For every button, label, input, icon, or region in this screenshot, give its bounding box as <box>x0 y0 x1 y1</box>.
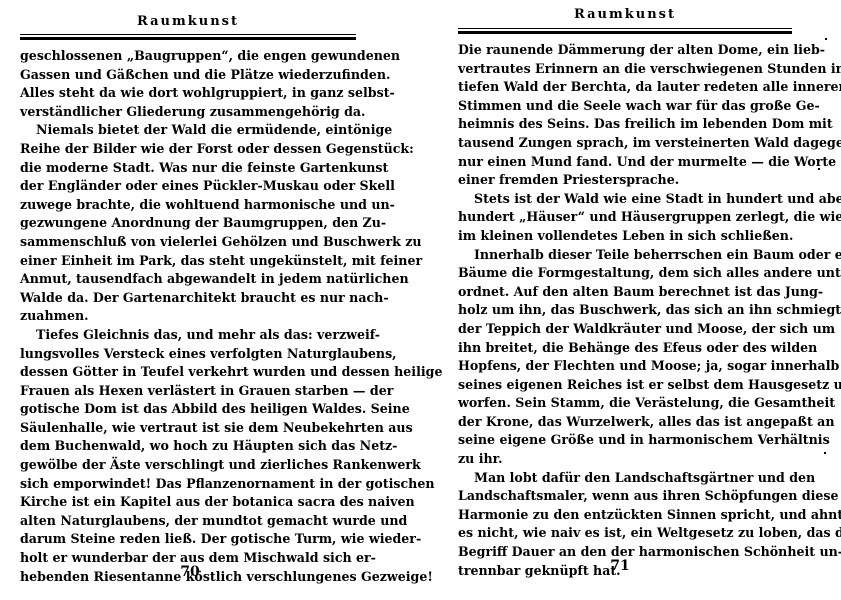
running-head: Raumkunst <box>458 7 792 23</box>
text-line: Anmut, tausendfach abgewandelt in jedem … <box>20 270 356 289</box>
text-line: Walde da. Der Gartenarchitekt braucht es… <box>20 289 356 308</box>
text-line: gezwungene Anordnung der Baumgruppen, de… <box>20 214 356 233</box>
text-line: worfen. Sein Stamm, die Verästelung, die… <box>458 394 794 413</box>
text-line: zu ihr. <box>458 450 794 469</box>
text-line: vertrautes Erinnern an die verschwiegene… <box>458 60 794 79</box>
text-line: heimnis des Seins. Das freilich im leben… <box>458 115 794 134</box>
text-line: Die raunende Dämmerung der alten Dome, e… <box>458 41 794 60</box>
scan-speck <box>818 168 820 170</box>
scan-speck <box>825 38 827 40</box>
text-line: einer Einheit im Park, das steht ungekün… <box>20 252 356 271</box>
text-line: alten Naturglaubens, der mundtot gemacht… <box>20 512 356 531</box>
text-line: der Teppich der Waldkräuter und Moose, d… <box>458 320 794 339</box>
text-line: die moderne Stadt. Was nur die feinste G… <box>20 159 356 178</box>
text-line: tiefen Wald der Berchta, da lauter redet… <box>458 78 794 97</box>
running-head: Raumkunst <box>20 14 356 30</box>
text-line: zuahmen. <box>20 307 356 326</box>
text-line: Tiefes Gleichnis das, und mehr als das: … <box>20 326 356 345</box>
text-line: verständlicher Gliederung zusammengehöri… <box>20 103 356 122</box>
text-line: der Engländer oder eines Pückler-Muskau … <box>20 177 356 196</box>
header-rule <box>20 34 356 40</box>
text-line: Reihe der Bilder wie der Forst oder dess… <box>20 140 356 159</box>
text-line: ordnet. Auf den alten Baum berechnet ist… <box>458 283 794 302</box>
text-line: Stimmen und die Seele wach war für das g… <box>458 97 794 116</box>
text-line: Kirche ist ein Kapitel aus der botanica … <box>20 493 356 512</box>
text-line: dem Buchenwald, wo hoch zu Häupten sich … <box>20 437 356 456</box>
text-line: Säulenhalle, wie vertraut ist sie dem Ne… <box>20 419 356 438</box>
text-line: im kleinen vollendetes Leben in sich sch… <box>458 227 794 246</box>
text-line: dessen Götter in Teufel verkehrt wurden … <box>20 363 356 382</box>
text-line: gewölbe der Äste verschlingt und zierlic… <box>20 456 356 475</box>
text-line: holz um ihn, das Buschwerk, das sich an … <box>458 301 794 320</box>
scan-speck <box>824 452 826 454</box>
text-line: Bäume die Formgestaltung, dem sich alles… <box>458 264 794 283</box>
text-line: seines eigenen Reiches ist er selbst dem… <box>458 376 794 395</box>
text-line: hundert „Häuser“ und Häusergruppen zerle… <box>458 208 794 227</box>
text-line: Harmonie zu den entzückten Sinnen sprich… <box>458 506 794 525</box>
header-rule <box>458 28 792 34</box>
left-page: Raumkunst geschlossenen „Baugruppen“, di… <box>0 0 420 600</box>
text-line: tausend Zungen sprach, im versteinerten … <box>458 134 794 153</box>
text-line: ihn breitet, die Behänge des Efeus oder … <box>458 339 794 358</box>
text-line: zuwege brachte, die wohltuend harmonisch… <box>20 196 356 215</box>
text-line: es nicht, wie naiv es ist, ein Weltgeset… <box>458 524 794 543</box>
body-text: Die raunende Dämmerung der alten Dome, e… <box>458 41 794 580</box>
text-line: Gassen und Gäßchen und die Plätze wieder… <box>20 66 356 85</box>
text-line: sich emporwindet! Das Pflanzenornament i… <box>20 475 356 494</box>
text-line: Stets ist der Wald wie eine Stadt in hun… <box>458 190 794 209</box>
text-line: Hopfens, der Flechten und Moose; ja, sog… <box>458 357 794 376</box>
text-line: der Krone, das Wurzelwerk, alles das ist… <box>458 413 794 432</box>
text-line: nur einen Mund fand. Und der murmelte — … <box>458 153 794 172</box>
text-line: Landschaftsmaler, wenn aus ihren Schöpfu… <box>458 487 794 506</box>
right-page: Raumkunst Die raunende Dämmerung der alt… <box>420 0 841 600</box>
text-line: sammenschluß von vielerlei Gehölzen und … <box>20 233 356 252</box>
page-number: 71 <box>600 558 640 574</box>
text-line: Frauen als Hexen verlästert in Grauen st… <box>20 382 356 401</box>
body-text: geschlossenen „Baugruppen“, die engen ge… <box>20 47 356 586</box>
text-line: gotische Dom ist das Abbild des heiligen… <box>20 400 356 419</box>
text-line: Man lobt dafür den Landschaftsgärtner un… <box>458 469 794 488</box>
text-line: darum Steine reden ließ. Der gotische Tu… <box>20 530 356 549</box>
text-line: einer fremden Priestersprache. <box>458 171 794 190</box>
text-line: seine eigene Größe und in harmonischem V… <box>458 431 794 450</box>
page-number: 70 <box>170 564 210 580</box>
text-line: geschlossenen „Baugruppen“, die engen ge… <box>20 47 356 66</box>
text-line: Niemals bietet der Wald die ermüdende, e… <box>20 121 356 140</box>
text-line: Alles steht da wie dort wohlgruppiert, i… <box>20 84 356 103</box>
text-line: Innerhalb dieser Teile beherrschen ein B… <box>458 246 794 265</box>
text-line: lungsvolles Versteck eines verfolgten Na… <box>20 345 356 364</box>
